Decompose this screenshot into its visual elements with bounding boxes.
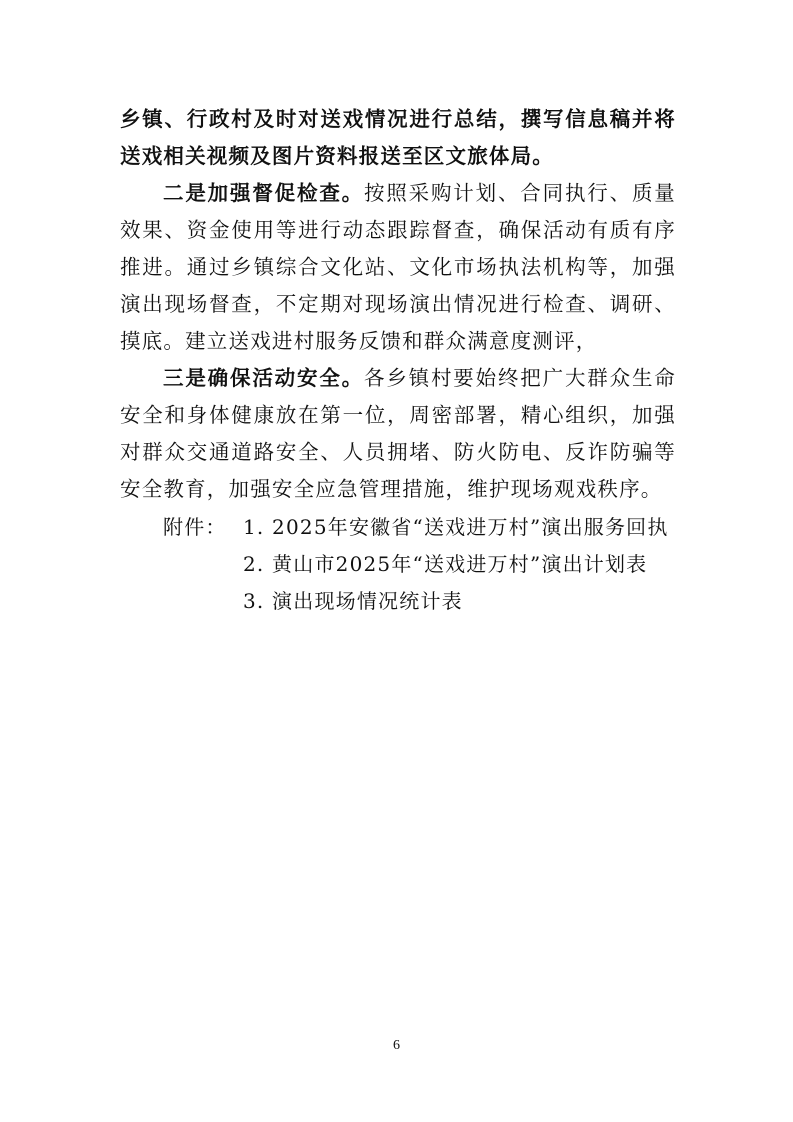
document-page: 乡镇、行政村及时对送戏情况进行总结，撰写信息稿并将送戏相关视频及图片资料报送至区… xyxy=(0,0,793,1122)
attachment-text: 3. 演出现场情况统计表 xyxy=(243,589,463,613)
attachment-item: 附件：1. 2025年安徽省“送戏进万村”演出服务回执 xyxy=(163,509,669,546)
paragraph-supervision: 二是加强督促检查。按照采购计划、合同执行、质量效果、资金使用等进行动态跟踪督查，… xyxy=(120,175,676,360)
attachment-text: 2. 黄山市2025年“送戏进万村”演出计划表 xyxy=(243,552,647,576)
body-text: 乡镇、行政村及时对送戏情况进行总结，撰写信息稿并将送戏相关视频及图片资料报送至区… xyxy=(120,101,676,508)
attachment-item: 2. 黄山市2025年“送戏进万村”演出计划表 xyxy=(163,546,669,583)
paragraph-text: 按照采购计划、合同执行、质量效果、资金使用等进行动态跟踪督查，确保活动有质有序推… xyxy=(120,181,676,353)
attachment-item: 3. 演出现场情况统计表 xyxy=(163,583,669,620)
attachment-text: 1. 2025年安徽省“送戏进万村”演出服务回执 xyxy=(243,515,669,539)
paragraph-text: 乡镇、行政村及时对送戏情况进行总结，撰写信息稿并将送戏相关视频及图片资料报送至区… xyxy=(120,107,676,168)
paragraph-safety: 三是确保活动安全。各乡镇村要始终把广大群众生命安全和身体健康放在第一位，周密部署… xyxy=(120,360,676,508)
paragraph-summary: 乡镇、行政村及时对送戏情况进行总结，撰写信息稿并将送戏相关视频及图片资料报送至区… xyxy=(120,101,676,175)
page-number: 6 xyxy=(0,1038,793,1054)
paragraph-lead: 三是确保活动安全。 xyxy=(163,366,364,390)
attachments-label: 附件： xyxy=(163,509,243,546)
attachments-list: 附件：1. 2025年安徽省“送戏进万村”演出服务回执 2. 黄山市2025年“… xyxy=(163,509,669,620)
paragraph-lead: 二是加强督促检查。 xyxy=(163,181,364,205)
